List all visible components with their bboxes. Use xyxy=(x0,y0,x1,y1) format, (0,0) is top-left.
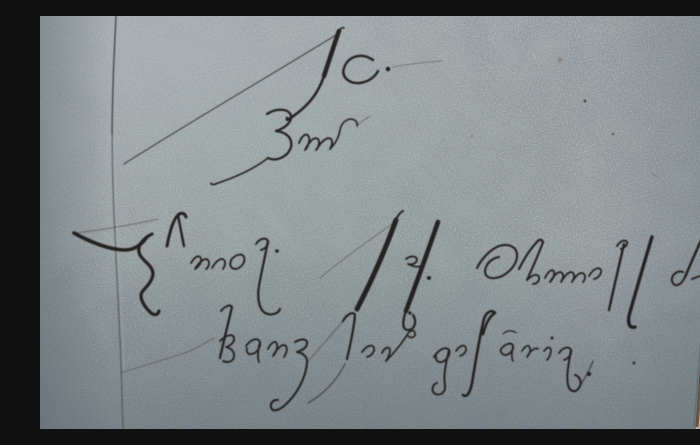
ink-period xyxy=(587,372,591,376)
foxing-spot xyxy=(558,58,563,63)
ink-dot xyxy=(633,362,636,365)
ink-speck xyxy=(584,100,587,103)
ink-dot xyxy=(427,276,431,280)
ink-speck xyxy=(471,135,473,137)
ink-dot xyxy=(551,337,554,340)
manuscript-canvas xyxy=(40,16,700,429)
ink-dot xyxy=(386,67,391,72)
ink-speck xyxy=(612,133,614,135)
ink-stroke xyxy=(512,346,513,361)
ink-dot xyxy=(408,311,411,314)
ink-dot xyxy=(275,249,279,253)
manuscript-photo: tall ink flourish with long hairline dia… xyxy=(40,16,700,429)
